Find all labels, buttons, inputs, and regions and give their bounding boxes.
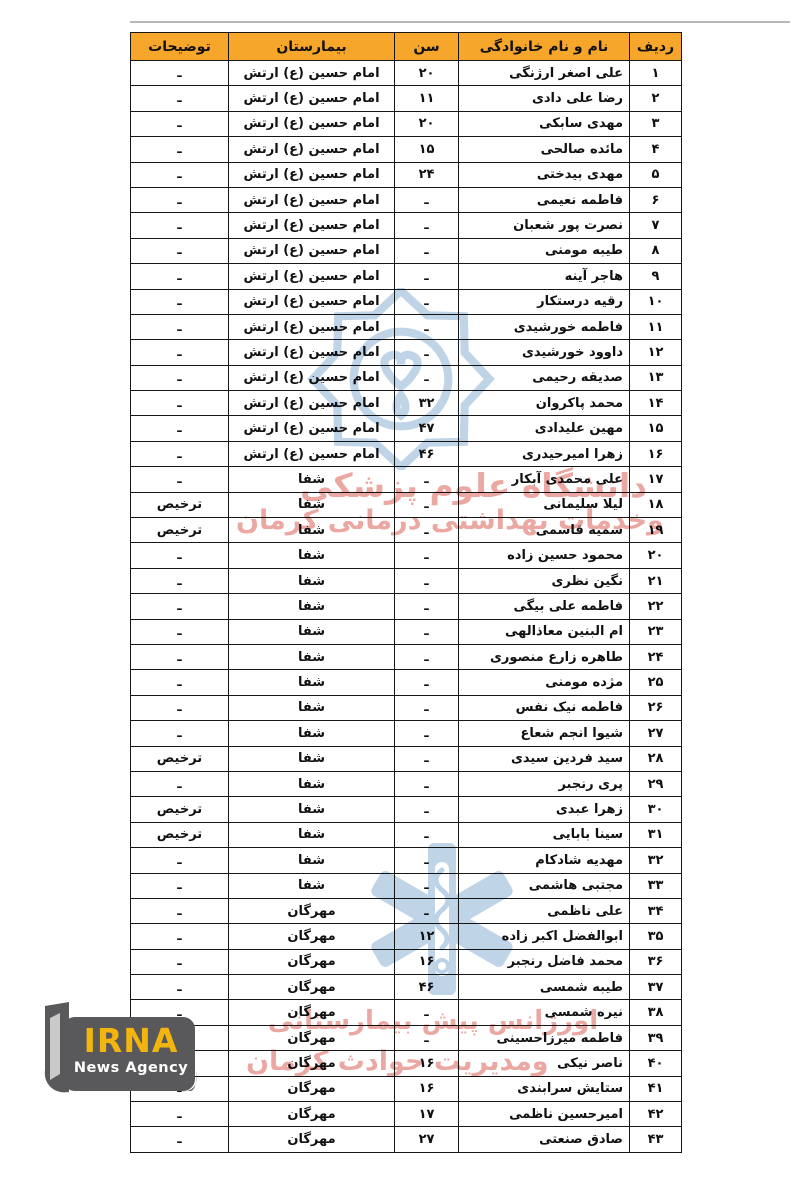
cell-notes: ـ — [131, 670, 229, 695]
cell-hospital: شفا — [229, 670, 395, 695]
table-row: ۱ علی اصغر ارژنگی ۲۰ امام حسین (ع) ارتش … — [131, 61, 682, 86]
cell-hospital: امام حسین (ع) ارتش — [229, 111, 395, 136]
cell-row-number: ۲۴ — [630, 644, 682, 669]
cell-full-name: ناصر نیکی — [459, 1051, 630, 1076]
cell-row-number: ۱۱ — [630, 314, 682, 339]
cell-row-number: ۱۰ — [630, 289, 682, 314]
cell-age: ۲۰ — [395, 111, 459, 136]
header-row: ردیف نام و نام خانوادگی سن بیمارستان توض… — [131, 33, 682, 61]
cell-hospital: شفا — [229, 797, 395, 822]
table-row: ۴۳ صادق صنعتی ۲۷ مهرگان ـ — [131, 1127, 682, 1152]
cell-full-name: فاطمه خورشیدی — [459, 314, 630, 339]
cell-age: ـ — [395, 746, 459, 771]
casualty-table: ردیف نام و نام خانوادگی سن بیمارستان توض… — [130, 32, 682, 1153]
cell-row-number: ۳۵ — [630, 924, 682, 949]
cell-notes: ـ — [131, 61, 229, 86]
cell-age: ۱۵ — [395, 137, 459, 162]
cell-hospital: مهرگان — [229, 898, 395, 923]
cell-hospital: مهرگان — [229, 1102, 395, 1127]
cell-hospital: شفا — [229, 619, 395, 644]
cell-age: ـ — [395, 1025, 459, 1050]
cell-full-name: لیلا سلیمانی — [459, 492, 630, 517]
table-row: ۲۲ فاطمه علی بیگی ـ شفا ـ — [131, 594, 682, 619]
cell-hospital: مهرگان — [229, 1076, 395, 1101]
cell-age: ـ — [395, 848, 459, 873]
cell-row-number: ۲۸ — [630, 746, 682, 771]
cell-full-name: رقیه درستکار — [459, 289, 630, 314]
cell-hospital: امام حسین (ع) ارتش — [229, 137, 395, 162]
cell-notes: ـ — [131, 898, 229, 923]
cell-age: ـ — [395, 492, 459, 517]
cell-hospital: امام حسین (ع) ارتش — [229, 187, 395, 212]
cell-full-name: رضا علی دادی — [459, 86, 630, 111]
cell-notes: ـ — [131, 568, 229, 593]
table-row: ۳۹ فاطمه میرزاحسینی ـ مهرگان ـ — [131, 1025, 682, 1050]
cell-age: ـ — [395, 365, 459, 390]
cell-row-number: ۸ — [630, 238, 682, 263]
cell-hospital: شفا — [229, 492, 395, 517]
cell-hospital: شفا — [229, 695, 395, 720]
cell-hospital: امام حسین (ع) ارتش — [229, 61, 395, 86]
cell-notes: ترخیص — [131, 492, 229, 517]
table-row: ۱۳ صدیقه رحیمی ـ امام حسین (ع) ارتش ـ — [131, 365, 682, 390]
cell-row-number: ۳۴ — [630, 898, 682, 923]
cell-hospital: امام حسین (ع) ارتش — [229, 391, 395, 416]
cell-row-number: ۲۹ — [630, 771, 682, 796]
header-row-number: ردیف — [630, 33, 682, 61]
cell-notes: ـ — [131, 721, 229, 746]
table-row: ۴ مائده صالحی ۱۵ امام حسین (ع) ارتش ـ — [131, 137, 682, 162]
cell-notes: ترخیص — [131, 518, 229, 543]
cell-hospital: شفا — [229, 873, 395, 898]
cell-row-number: ۲۳ — [630, 619, 682, 644]
table-row: ۳۵ ابوالفضل اکبر زاده ۱۲ مهرگان ـ — [131, 924, 682, 949]
cell-row-number: ۳۳ — [630, 873, 682, 898]
cell-row-number: ۱۲ — [630, 340, 682, 365]
cell-full-name: مجتبی هاشمی — [459, 873, 630, 898]
cell-row-number: ۱۶ — [630, 441, 682, 466]
cell-age: ـ — [395, 568, 459, 593]
cell-age: ۱۶ — [395, 1076, 459, 1101]
table-row: ۲۰ محمود حسین زاده ـ شفا ـ — [131, 543, 682, 568]
cell-notes: ـ — [131, 213, 229, 238]
cell-age: ۴۶ — [395, 441, 459, 466]
cell-notes: ـ — [131, 975, 229, 1000]
cell-age: ـ — [395, 238, 459, 263]
cell-full-name: فاطمه میرزاحسینی — [459, 1025, 630, 1050]
table-row: ۱۴ محمد پاکروان ۳۲ امام حسین (ع) ارتش ـ — [131, 391, 682, 416]
cell-full-name: ستایش سرابندی — [459, 1076, 630, 1101]
cell-row-number: ۴ — [630, 137, 682, 162]
cell-row-number: ۳۶ — [630, 949, 682, 974]
cell-age: ـ — [395, 543, 459, 568]
cell-age: ـ — [395, 670, 459, 695]
cell-full-name: طیبه مومنی — [459, 238, 630, 263]
cell-full-name: داوود خورشیدی — [459, 340, 630, 365]
cell-notes: ـ — [131, 137, 229, 162]
cell-age: ـ — [395, 289, 459, 314]
table-row: ۳۷ طیبه شمسی ۴۶ مهرگان ـ — [131, 975, 682, 1000]
cell-full-name: مهین علیدادی — [459, 416, 630, 441]
cell-notes: ترخیص — [131, 822, 229, 847]
cell-hospital: امام حسین (ع) ارتش — [229, 340, 395, 365]
cell-row-number: ۲۶ — [630, 695, 682, 720]
table-header: ردیف نام و نام خانوادگی سن بیمارستان توض… — [131, 33, 682, 61]
cell-full-name: زهرا عبدی — [459, 797, 630, 822]
cell-row-number: ۳۷ — [630, 975, 682, 1000]
irna-logo-subtitle: News Agency — [73, 1060, 189, 1076]
table-row: ۳۲ مهدیه شادکام ـ شفا ـ — [131, 848, 682, 873]
cell-full-name: سید فردین سیدی — [459, 746, 630, 771]
cell-age: ـ — [395, 873, 459, 898]
header-age: سن — [395, 33, 459, 61]
cell-row-number: ۱۴ — [630, 391, 682, 416]
header-full-name: نام و نام خانوادگی — [459, 33, 630, 61]
cell-full-name: صادق صنعتی — [459, 1127, 630, 1152]
cell-hospital: امام حسین (ع) ارتش — [229, 213, 395, 238]
cell-age: ۴۶ — [395, 975, 459, 1000]
cell-hospital: امام حسین (ع) ارتش — [229, 86, 395, 111]
cell-row-number: ۲۵ — [630, 670, 682, 695]
cell-notes: ـ — [131, 365, 229, 390]
scan-top-edge-line — [130, 21, 790, 23]
table-row: ۸ طیبه مومنی ـ امام حسین (ع) ارتش ـ — [131, 238, 682, 263]
table-row: ۱۷ علی محمدی آبکار ـ شفا ـ — [131, 467, 682, 492]
cell-notes: ـ — [131, 924, 229, 949]
cell-notes: ترخیص — [131, 746, 229, 771]
cell-age: ۱۱ — [395, 86, 459, 111]
table-row: ۳۳ مجتبی هاشمی ـ شفا ـ — [131, 873, 682, 898]
table-row: ۳ مهدی سابکی ۲۰ امام حسین (ع) ارتش ـ — [131, 111, 682, 136]
table-row: ۲۶ فاطمه نیک نفس ـ شفا ـ — [131, 695, 682, 720]
cell-row-number: ۴۰ — [630, 1051, 682, 1076]
cell-full-name: سینا بابایی — [459, 822, 630, 847]
cell-notes: ـ — [131, 1127, 229, 1152]
cell-age: ـ — [395, 518, 459, 543]
cell-age: ـ — [395, 594, 459, 619]
cell-age: ـ — [395, 213, 459, 238]
cell-age: ـ — [395, 340, 459, 365]
table-row: ۲۵ مژده مومنی ـ شفا ـ — [131, 670, 682, 695]
cell-row-number: ۲۷ — [630, 721, 682, 746]
cell-full-name: علی اصغر ارژنگی — [459, 61, 630, 86]
cell-age: ـ — [395, 721, 459, 746]
cell-hospital: مهرگان — [229, 1127, 395, 1152]
cell-full-name: فاطمه نعیمی — [459, 187, 630, 212]
cell-full-name: طیبه شمسی — [459, 975, 630, 1000]
table-row: ۱۱ فاطمه خورشیدی ـ امام حسین (ع) ارتش ـ — [131, 314, 682, 339]
cell-notes: ـ — [131, 619, 229, 644]
cell-full-name: نگین نظری — [459, 568, 630, 593]
cell-row-number: ۲ — [630, 86, 682, 111]
cell-notes: ـ — [131, 441, 229, 466]
cell-full-name: صدیقه رحیمی — [459, 365, 630, 390]
table-row: ۱۹ سمیه قاسمی ـ شفا ترخیص — [131, 518, 682, 543]
table-row: ۱۲ داوود خورشیدی ـ امام حسین (ع) ارتش ـ — [131, 340, 682, 365]
cell-notes: ـ — [131, 873, 229, 898]
cell-full-name: زهرا امیرحیدری — [459, 441, 630, 466]
cell-full-name: مژده مومنی — [459, 670, 630, 695]
cell-row-number: ۱۸ — [630, 492, 682, 517]
table-row: ۲۴ طاهره زارع منصوری ـ شفا ـ — [131, 644, 682, 669]
cell-age: ۱۲ — [395, 924, 459, 949]
cell-notes: ـ — [131, 111, 229, 136]
cell-full-name: فاطمه نیک نفس — [459, 695, 630, 720]
cell-hospital: مهرگان — [229, 1051, 395, 1076]
table-row: ۱۵ مهین علیدادی ۴۷ امام حسین (ع) ارتش ـ — [131, 416, 682, 441]
cell-hospital: امام حسین (ع) ارتش — [229, 289, 395, 314]
cell-notes: ـ — [131, 340, 229, 365]
table-row: ۵ مهدی بیدختی ۲۴ امام حسین (ع) ارتش ـ — [131, 162, 682, 187]
table-row: ۳۰ زهرا عبدی ـ شفا ترخیص — [131, 797, 682, 822]
cell-hospital: شفا — [229, 568, 395, 593]
cell-row-number: ۷ — [630, 213, 682, 238]
cell-notes: ـ — [131, 594, 229, 619]
table-row: ۱۶ زهرا امیرحیدری ۴۶ امام حسین (ع) ارتش … — [131, 441, 682, 466]
irna-logo-title: IRNA — [73, 1024, 189, 1057]
cell-notes: ـ — [131, 848, 229, 873]
cell-age: ۲۷ — [395, 1127, 459, 1152]
cell-hospital: شفا — [229, 543, 395, 568]
cell-row-number: ۲۲ — [630, 594, 682, 619]
header-notes: توضیحات — [131, 33, 229, 61]
cell-hospital: شفا — [229, 848, 395, 873]
cell-age: ـ — [395, 314, 459, 339]
cell-notes: ـ — [131, 162, 229, 187]
cell-full-name: علی محمدی آبکار — [459, 467, 630, 492]
cell-hospital: شفا — [229, 721, 395, 746]
cell-notes: ـ — [131, 416, 229, 441]
cell-full-name: ام البنین معاذالهی — [459, 619, 630, 644]
table-row: ۲۸ سید فردین سیدی ـ شفا ترخیص — [131, 746, 682, 771]
cell-row-number: ۱۵ — [630, 416, 682, 441]
cell-full-name: طاهره زارع منصوری — [459, 644, 630, 669]
cell-full-name: محمود حسین زاده — [459, 543, 630, 568]
cell-age: ۲۴ — [395, 162, 459, 187]
cell-row-number: ۳۲ — [630, 848, 682, 873]
cell-row-number: ۳۸ — [630, 1000, 682, 1025]
table-row: ۱۸ لیلا سلیمانی ـ شفا ترخیص — [131, 492, 682, 517]
table-row: ۳۱ سینا بابایی ـ شفا ترخیص — [131, 822, 682, 847]
cell-age: ـ — [395, 1000, 459, 1025]
cell-notes: ـ — [131, 949, 229, 974]
cell-notes: ـ — [131, 771, 229, 796]
cell-full-name: مهدی سابکی — [459, 111, 630, 136]
cell-notes: ـ — [131, 86, 229, 111]
cell-hospital: شفا — [229, 644, 395, 669]
table-row: ۲۱ نگین نظری ـ شفا ـ — [131, 568, 682, 593]
cell-row-number: ۱۹ — [630, 518, 682, 543]
table-row: ۹ هاجر آینه ـ امام حسین (ع) ارتش ـ — [131, 264, 682, 289]
cell-age: ۲۰ — [395, 61, 459, 86]
cell-age: ۱۷ — [395, 1102, 459, 1127]
cell-hospital: شفا — [229, 771, 395, 796]
cell-hospital: مهرگان — [229, 924, 395, 949]
cell-full-name: مهدی بیدختی — [459, 162, 630, 187]
cell-row-number: ۱۳ — [630, 365, 682, 390]
cell-full-name: مائده صالحی — [459, 137, 630, 162]
cell-notes: ـ — [131, 543, 229, 568]
cell-row-number: ۹ — [630, 264, 682, 289]
table-row: ۴۲ امیرحسین ناظمی ۱۷ مهرگان ـ — [131, 1102, 682, 1127]
table-row: ۷ نصرت پور شعبان ـ امام حسین (ع) ارتش ـ — [131, 213, 682, 238]
scanned-document-page: ردیف نام و نام خانوادگی سن بیمارستان توض… — [0, 0, 800, 1200]
cell-row-number: ۱ — [630, 61, 682, 86]
cell-notes: ـ — [131, 314, 229, 339]
cell-full-name: محمد فاضل رنجبر — [459, 949, 630, 974]
cell-row-number: ۴۲ — [630, 1102, 682, 1127]
cell-notes: ـ — [131, 467, 229, 492]
cell-hospital: مهرگان — [229, 1000, 395, 1025]
cell-hospital: مهرگان — [229, 1025, 395, 1050]
cell-age: ـ — [395, 822, 459, 847]
cell-full-name: محمد پاکروان — [459, 391, 630, 416]
cell-full-name: هاجر آینه — [459, 264, 630, 289]
cell-hospital: شفا — [229, 594, 395, 619]
cell-hospital: شفا — [229, 467, 395, 492]
table-row: ۳۴ علی ناظمی ـ مهرگان ـ — [131, 898, 682, 923]
cell-hospital: امام حسین (ع) ارتش — [229, 365, 395, 390]
table-body: ۱ علی اصغر ارژنگی ۲۰ امام حسین (ع) ارتش … — [131, 61, 682, 1153]
cell-full-name: مهدیه شادکام — [459, 848, 630, 873]
table-wrap: ردیف نام و نام خانوادگی سن بیمارستان توض… — [130, 32, 681, 1153]
cell-row-number: ۲۰ — [630, 543, 682, 568]
cell-full-name: علی ناظمی — [459, 898, 630, 923]
table-row: ۳۸ نیره شمسی ـ مهرگان ـ — [131, 1000, 682, 1025]
cell-full-name: امیرحسین ناظمی — [459, 1102, 630, 1127]
cell-full-name: ابوالفضل اکبر زاده — [459, 924, 630, 949]
cell-full-name: نصرت پور شعبان — [459, 213, 630, 238]
table-row: ۳۶ محمد فاضل رنجبر ۱۶ مهرگان ـ — [131, 949, 682, 974]
cell-notes: ـ — [131, 238, 229, 263]
irna-logo: IRNA News Agency — [41, 1000, 199, 1098]
cell-notes: ـ — [131, 695, 229, 720]
cell-full-name: فاطمه علی بیگی — [459, 594, 630, 619]
cell-hospital: امام حسین (ع) ارتش — [229, 416, 395, 441]
cell-full-name: نیره شمسی — [459, 1000, 630, 1025]
table-row: ۴۰ ناصر نیکی ۱۶ مهرگان ـ — [131, 1051, 682, 1076]
cell-row-number: ۱۷ — [630, 467, 682, 492]
cell-hospital: شفا — [229, 822, 395, 847]
cell-row-number: ۳ — [630, 111, 682, 136]
cell-hospital: شفا — [229, 518, 395, 543]
cell-notes: ترخیص — [131, 797, 229, 822]
cell-age: ـ — [395, 898, 459, 923]
table-row: ۲۷ شیوا انجم شعاع ـ شفا ـ — [131, 721, 682, 746]
cell-age: ـ — [395, 467, 459, 492]
cell-full-name: پری رنجبر — [459, 771, 630, 796]
cell-notes: ـ — [131, 391, 229, 416]
table-row: ۲۹ پری رنجبر ـ شفا ـ — [131, 771, 682, 796]
cell-full-name: شیوا انجم شعاع — [459, 721, 630, 746]
cell-notes: ـ — [131, 187, 229, 212]
cell-age: ـ — [395, 797, 459, 822]
cell-age: ـ — [395, 771, 459, 796]
cell-age: ـ — [395, 695, 459, 720]
cell-row-number: ۳۱ — [630, 822, 682, 847]
cell-hospital: امام حسین (ع) ارتش — [229, 441, 395, 466]
cell-hospital: امام حسین (ع) ارتش — [229, 314, 395, 339]
cell-hospital: مهرگان — [229, 949, 395, 974]
cell-row-number: ۵ — [630, 162, 682, 187]
cell-hospital: امام حسین (ع) ارتش — [229, 238, 395, 263]
cell-age: ۱۶ — [395, 1051, 459, 1076]
cell-notes: ـ — [131, 264, 229, 289]
cell-age: ۴۷ — [395, 416, 459, 441]
table-row: ۲۳ ام البنین معاذالهی ـ شفا ـ — [131, 619, 682, 644]
cell-age: ـ — [395, 264, 459, 289]
table-row: ۴۱ ستایش سرابندی ۱۶ مهرگان ـ — [131, 1076, 682, 1101]
cell-hospital: مهرگان — [229, 975, 395, 1000]
cell-row-number: ۶ — [630, 187, 682, 212]
cell-notes: ـ — [131, 289, 229, 314]
table-row: ۲ رضا علی دادی ۱۱ امام حسین (ع) ارتش ـ — [131, 86, 682, 111]
cell-row-number: ۲۱ — [630, 568, 682, 593]
table-row: ۱۰ رقیه درستکار ـ امام حسین (ع) ارتش ـ — [131, 289, 682, 314]
cell-age: ـ — [395, 187, 459, 212]
cell-hospital: امام حسین (ع) ارتش — [229, 162, 395, 187]
cell-notes: ـ — [131, 644, 229, 669]
cell-row-number: ۴۱ — [630, 1076, 682, 1101]
cell-age: ـ — [395, 644, 459, 669]
cell-notes: ـ — [131, 1102, 229, 1127]
cell-row-number: ۴۳ — [630, 1127, 682, 1152]
header-hospital: بیمارستان — [229, 33, 395, 61]
cell-hospital: شفا — [229, 746, 395, 771]
cell-row-number: ۳۰ — [630, 797, 682, 822]
cell-age: ۳۲ — [395, 391, 459, 416]
cell-age: ـ — [395, 619, 459, 644]
table-row: ۶ فاطمه نعیمی ـ امام حسین (ع) ارتش ـ — [131, 187, 682, 212]
cell-full-name: سمیه قاسمی — [459, 518, 630, 543]
cell-row-number: ۳۹ — [630, 1025, 682, 1050]
cell-age: ۱۶ — [395, 949, 459, 974]
cell-hospital: امام حسین (ع) ارتش — [229, 264, 395, 289]
